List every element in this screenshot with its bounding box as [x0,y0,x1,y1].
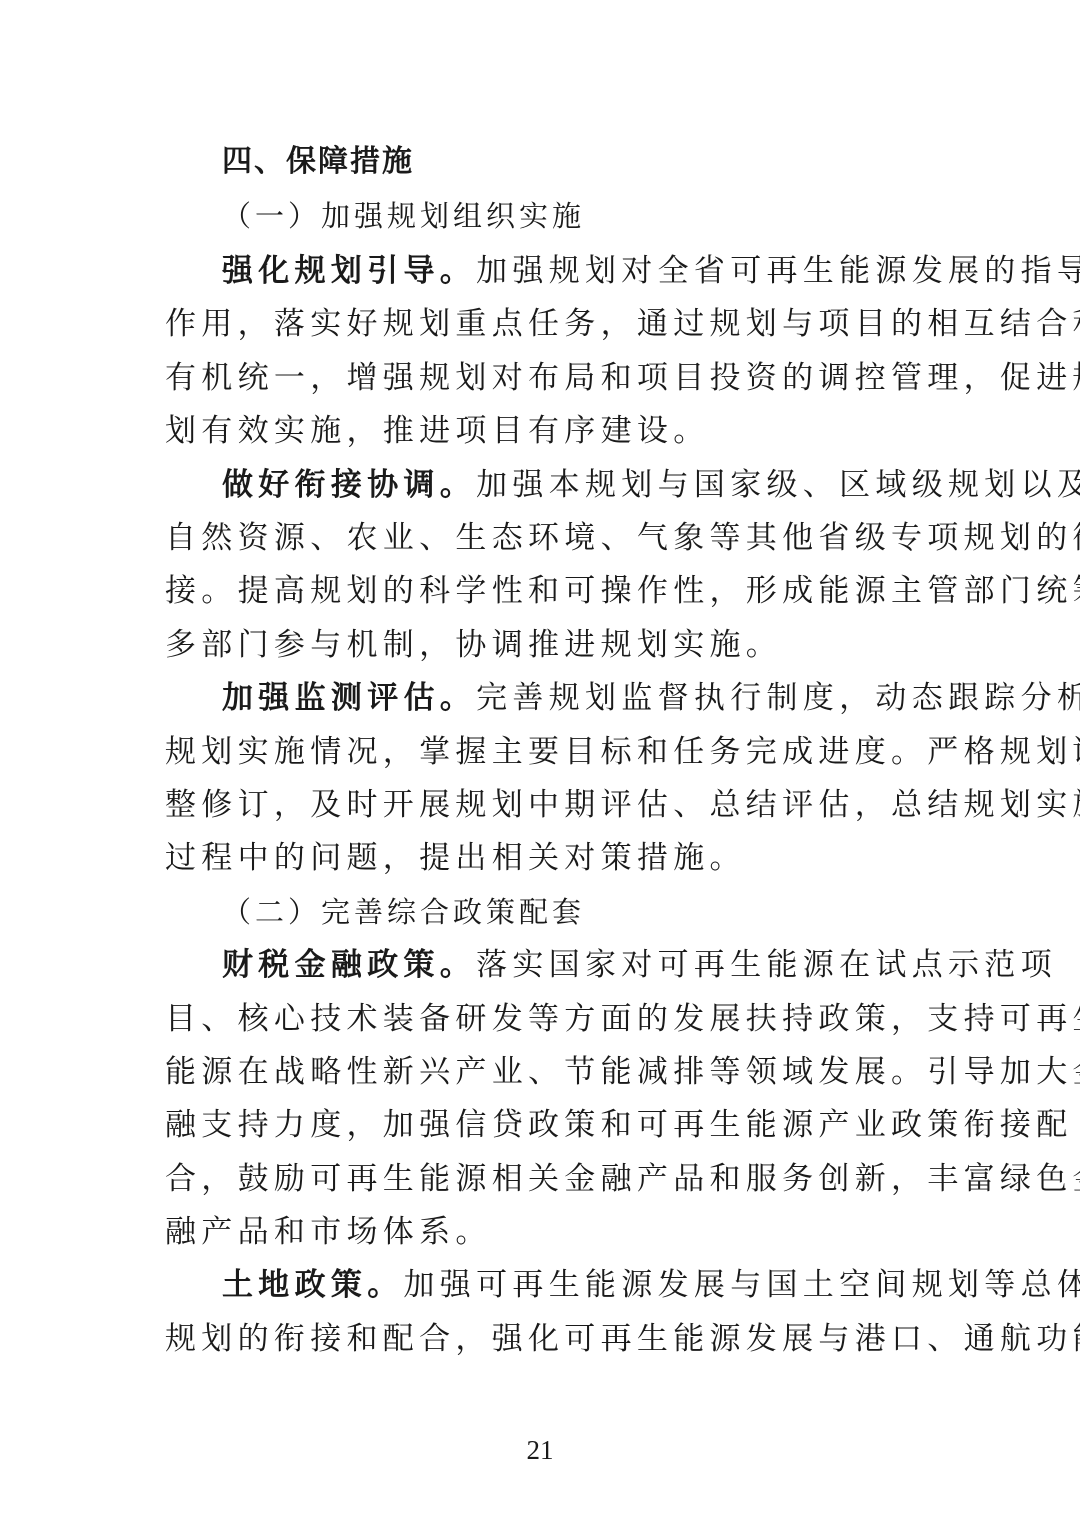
section-title: 四、保障措施 [222,142,974,182]
paragraph-line: 融支持力度，加强信贷政策和可再生能源产业政策衔接配 [165,1105,917,1145]
paragraph-line: 土地政策。加强可再生能源发展与国土空间规划等总体 [222,1265,974,1305]
paragraph-text: 加强规划对全省可再生能源发展的指导 [476,253,1080,289]
paragraph-lead: 财税金融政策。 [222,947,476,983]
paragraph-line: 融产品和市场体系。 [165,1212,917,1252]
paragraph-line: 做好衔接协调。加强本规划与国家级、区域级规划以及 [222,465,974,505]
paragraph-text: 完善规划监督执行制度，动态跟踪分析 [476,680,1080,716]
paragraph-text: 落实国家对可再生能源在试点示范项 [476,947,1057,983]
paragraph-line: 强化规划引导。加强规划对全省可再生能源发展的指导 [222,251,974,291]
paragraph-line: 多部门参与机制，协调推进规划实施。 [165,625,917,665]
paragraph-line: 规划的衔接和配合，强化可再生能源发展与港口、通航功能 [165,1319,917,1359]
paragraph-lead: 土地政策。 [222,1267,404,1303]
paragraph-lead: 做好衔接协调。 [222,467,476,503]
paragraph-lead: 加强监测评估。 [222,680,476,716]
paragraph-line: 规划实施情况，掌握主要目标和任务完成进度。严格规划调 [165,732,917,772]
subsection-title-2: （二）完善综合政策配套 [222,892,974,932]
paragraph-lead: 强化规划引导。 [222,253,476,289]
paragraph-line: 自然资源、农业、生态环境、气象等其他省级专项规划的衔 [165,518,917,558]
page-number: 21 [0,1435,1080,1466]
paragraph-line: 划有效实施，推进项目有序建设。 [165,411,917,451]
paragraph-text: 加强可再生能源发展与国土空间规划等总体 [404,1267,1080,1303]
paragraph-line: 有机统一，增强规划对布局和项目投资的调控管理，促进规 [165,358,917,398]
paragraph-text: 加强本规划与国家级、区域级规划以及 [476,467,1080,503]
subsection-title-1: （一）加强规划组织实施 [222,196,974,236]
paragraph-line: 能源在战略性新兴产业、节能减排等领域发展。引导加大金 [165,1052,917,1092]
paragraph-line: 接。提高规划的科学性和可操作性，形成能源主管部门统筹、 [165,571,917,611]
paragraph-line: 过程中的问题，提出相关对策措施。 [165,838,917,878]
paragraph-line: 作用，落实好规划重点任务，通过规划与项目的相互结合和 [165,304,917,344]
paragraph-line: 整修订，及时开展规划中期评估、总结评估，总结规划实施 [165,785,917,825]
paragraph-line: 财税金融政策。落实国家对可再生能源在试点示范项 [222,945,974,985]
paragraph-line: 目、核心技术装备研发等方面的发展扶持政策，支持可再生 [165,999,917,1039]
paragraph-line: 合，鼓励可再生能源相关金融产品和服务创新，丰富绿色金 [165,1159,917,1199]
document-page: 四、保障措施 （一）加强规划组织实施 强化规划引导。加强规划对全省可再生能源发展… [0,0,1080,1527]
paragraph-line: 加强监测评估。完善规划监督执行制度，动态跟踪分析 [222,678,974,718]
